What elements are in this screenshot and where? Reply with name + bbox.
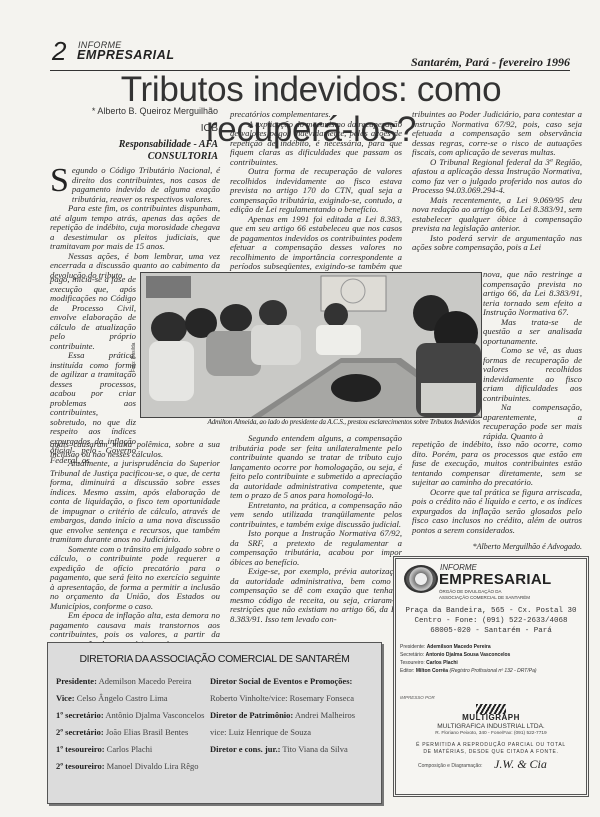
composition-credit: J.W. & Cia [494, 757, 547, 772]
board-member: 2º tesoureiro: Manoel Divaldo Lira Rêgo [56, 761, 198, 771]
staff-row: Editor: Milton Corrêa (Registro Profissi… [400, 668, 537, 674]
board-member: Vice: Celso Ângelo Castro Lima [56, 693, 168, 703]
responsibility-credit: Responsabilidade - AFA CONSULTORIA [50, 139, 218, 163]
board-member: Diretor de Patrimônio: Andrei Malheiros [210, 710, 355, 720]
page-number: 2 [52, 38, 66, 64]
paragraph: Ocorre que tal prática se figura arrisca… [412, 488, 582, 536]
staff-row: Secretário: Antonio Djalma Sousa Vasconc… [400, 652, 510, 658]
board-member: Roberto Vinholte/vice: Rosemary Fonseca [210, 693, 354, 703]
photo-caption: Admilton Almeida, ao lado do presidente … [140, 418, 480, 426]
paragraph: pago, inicia-se a fase de execução que, … [50, 275, 136, 351]
board-member: Diretor e cons. jur.: Tito Viana da Silv… [210, 744, 348, 754]
board-title: DIRETORIA DA ASSOCIAÇÃO COMERCIAL DE SAN… [48, 653, 381, 665]
article-column-3-narrow: nova, que não restringe a compensação pr… [483, 270, 582, 441]
paragraph: nova, que não restringe a compensação pr… [483, 270, 582, 318]
board-member: Presidente: Ademilson Macedo Pereira [56, 676, 192, 686]
section-title-bottom: EMPRESARIAL [77, 48, 175, 62]
masthead-address: Praça da Bandeira, 565 - Cx. Postal 30 [396, 607, 586, 615]
article-column-1-bottom: quais causaram muita polêmica, sobre a s… [50, 440, 220, 668]
board-member: vice: Luiz Henrique de Souza [210, 727, 311, 737]
board-of-directors-box: DIRETORIA DA ASSOCIAÇÃO COMERCIAL DE SAN… [47, 642, 382, 804]
masthead-org-line: ASSOCIAÇÃO COMERCIAL DE SANTARÉM [439, 595, 530, 600]
paragraph: Entretanto, na prática, a compensação nã… [230, 501, 402, 530]
paragraph: repetição de indébito, isso não ocorre, … [412, 440, 582, 488]
article-column-1-narrow: pago, inicia-se a fase de execução que, … [50, 275, 136, 465]
masthead-address: 68005-020 - Santarém - Pará [396, 627, 586, 635]
printer-address: R. Floriano Peixoto, 340 - Fone/Fax: (09… [396, 731, 586, 736]
paragraph: Na compensação, aparentemente, a recuper… [483, 403, 582, 441]
paragraph: Mas trata-se de questão a ser analisada … [483, 318, 582, 347]
printed-by-label: IMPRESSO POR [400, 695, 435, 700]
reproduction-notice: É PERMITIDA A REPRODUÇÃO PARCIAL OU TOTA… [396, 742, 586, 748]
masthead-org-line: ÓRGÃO DE DIVULGAÇÃO DA [439, 589, 502, 594]
reproduction-notice: DE MATÉRIAS, DESDE QUE CITADA A FONTE. [396, 749, 586, 755]
paragraph: Outra forma de recuperação de valores re… [230, 167, 402, 215]
board-member: 1º tesoureiro: Carlos Plachi [56, 744, 152, 754]
paragraph: quais causaram muita polêmica, sobre a s… [50, 440, 220, 459]
article-column-2-top: precatórios complementares. A explicação… [230, 110, 402, 281]
masthead-box: INFORME EMPRESARIAL ÓRGÃO DE DIVULGAÇÃO … [393, 556, 589, 797]
masthead-title: EMPRESARIAL [439, 571, 551, 588]
article-column-3-bottom: repetição de indébito, isso não ocorre, … [412, 440, 582, 535]
board-member: 2º secretário: João Elias Brasil Bentes [56, 727, 188, 737]
dateline: Santarém, Pará - fevereiro 1996 [411, 55, 570, 70]
article-column-3-top: tribuintes ao Poder Judiciário, para con… [412, 110, 582, 253]
composition-label: Composição e Diagramação: [418, 763, 482, 769]
board-member: 1º secretário: Antônio Djalma Vasconcelo… [56, 710, 204, 720]
paragraph: A explicação do mecanismo da recuperação… [230, 120, 402, 168]
paragraph: O Tribunal Regional federal da 3ª Região… [412, 158, 582, 196]
paragraph: Mais recentemente, a Lei 9.069/95 deu no… [412, 196, 582, 234]
printer-logo-text: MULTIGRAPH [396, 713, 586, 722]
paragraph: Isto poderá servir de argumentação nas a… [412, 234, 582, 253]
printer-name: MULTIGRAFICA INDUSTRIAL LTDA. [396, 723, 586, 730]
drop-cap: S [50, 167, 69, 195]
paragraph: Como se vê, as duas formas de recuperaçã… [483, 346, 582, 403]
board-member: Diretor Social de Eventos e Promoções: [210, 676, 352, 686]
masthead-address: Centro - Fone: (091) 522-2633/4068 [396, 617, 586, 625]
paragraph: Somente com o trânsito em julgado sobre … [50, 545, 220, 612]
paragraph: Para este fim, os contribuintes dispunha… [50, 204, 220, 252]
paragraph: Exige-se, por exemplo, prévia autorizaçã… [230, 567, 402, 624]
paragraph: Isto porque a Instrução Normativa 67/92,… [230, 529, 402, 567]
photo-credit: Foto: Rosilda [131, 343, 137, 372]
staff-row: Tesoureiro: Carlos Plachi [400, 660, 458, 666]
paragraph: egundo o Código Tributário Nacional, é d… [72, 165, 220, 204]
paragraph: tribuintes ao Poder Judiciário, para con… [412, 110, 582, 158]
byline: * Alberto B. Queiroz Merguilhão [50, 106, 218, 116]
paragraph: Atualmente, a jurisprudência do Superior… [50, 459, 220, 545]
article-column-1-top: Segundo o Código Tributário Nacional, é … [50, 166, 220, 280]
staff-row: Presidente: Ademilson Macedo Pereira [400, 644, 491, 650]
paragraph: Segundo entendem alguns, a compensação t… [230, 434, 402, 501]
meeting-photo [140, 272, 482, 418]
article-column-2-bottom: Segundo entendem alguns, a compensação t… [230, 434, 402, 624]
association-seal-icon [404, 565, 438, 593]
photo-illustration [141, 273, 481, 417]
author-organization: IOB [50, 123, 218, 134]
author-signature: *Alberto Merguilhão é Advogado. [412, 542, 582, 551]
